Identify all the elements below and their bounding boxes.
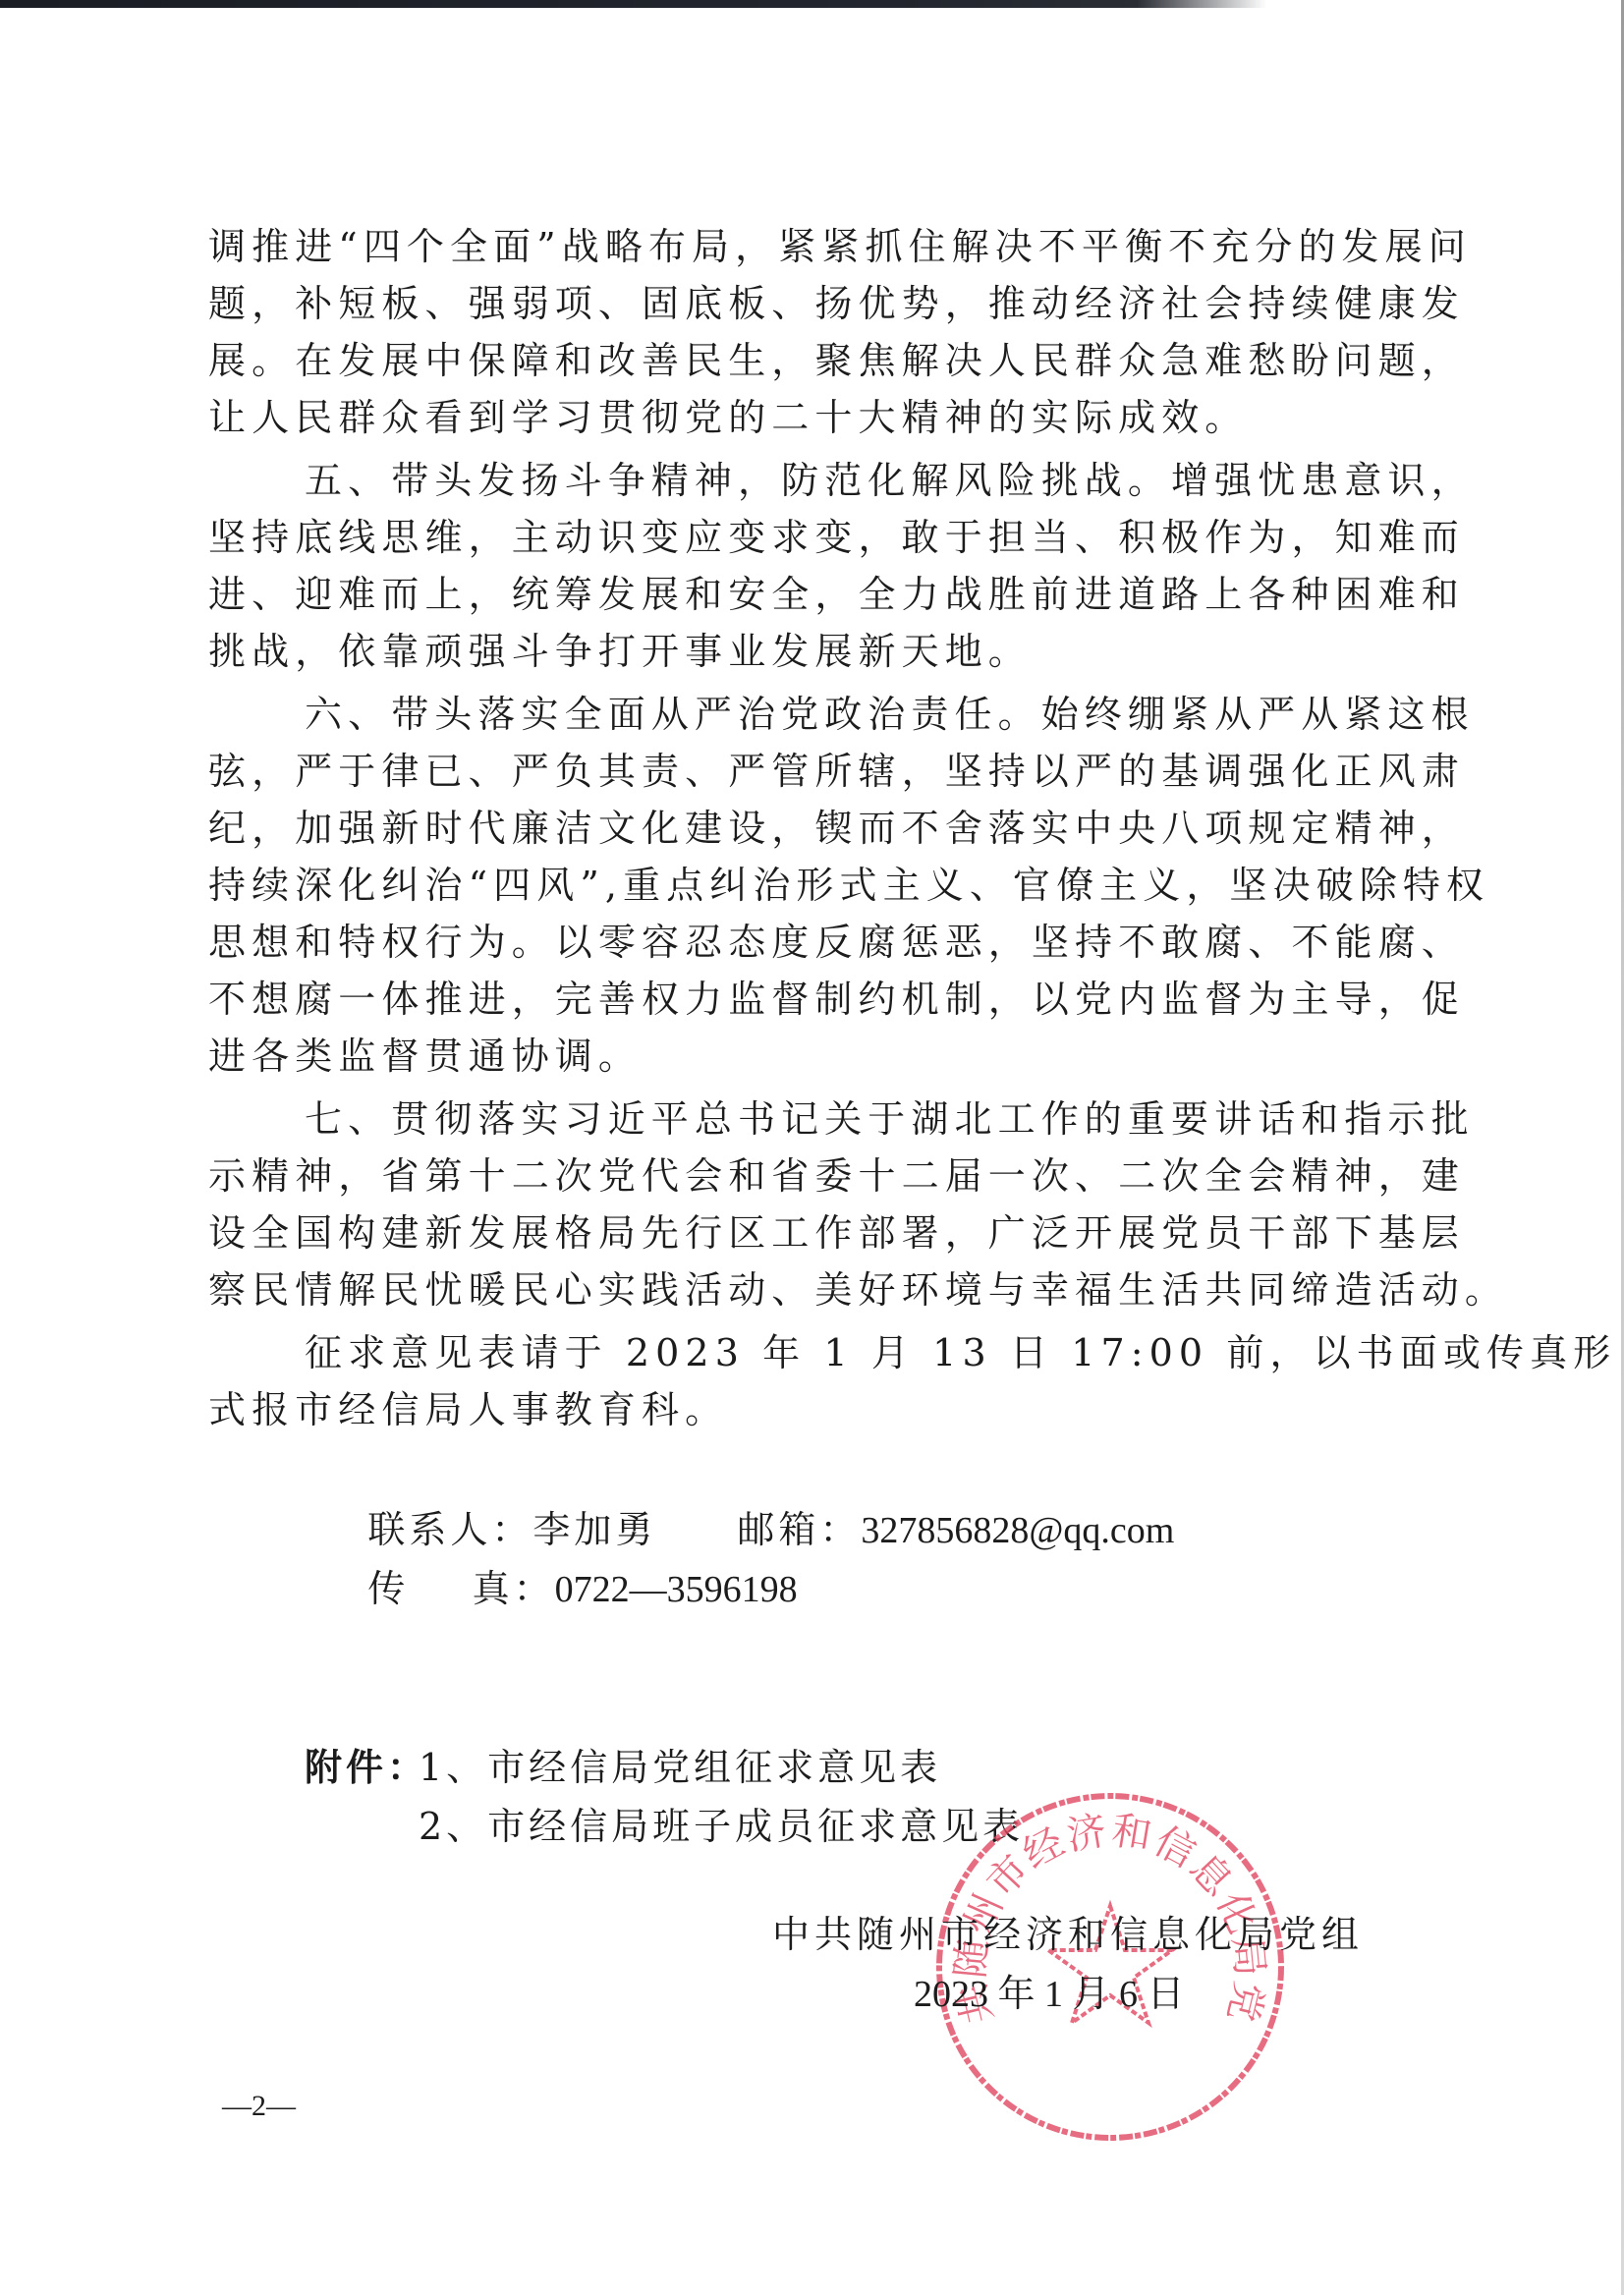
paragraph-line: 七、贯彻落实习近平总书记关于湖北工作的重要讲话和指示批 [305,1091,1419,1147]
paragraph-line: 进各类监督贯通协调。 [208,1028,1419,1085]
paragraph-line: 挑战，依靠顽强斗争打开事业发展新天地。 [208,623,1419,680]
paragraph-line: 察民情解民忧暖民心实践活动、美好环境与幸福生活共同缔造活动。 [208,1261,1419,1318]
paragraph-line: 示精神，省第十二次党代会和省委十二届一次、二次全会精神，建 [208,1147,1419,1204]
paragraph-line: 调推进“四个全面”战略布局，紧紧抓住解决不平衡不充分的发展问 [208,218,1419,275]
document-page: 调推进“四个全面”战略布局，紧紧抓住解决不平衡不充分的发展问题，补短板、强弱项、… [0,0,1624,2295]
paragraph-line: 不想腐一体推进，完善权力监督制约机制，以党内监督为主导，促 [208,971,1419,1028]
signature-date-text: 2023 年 1 月 6 日 [914,1974,1185,2015]
paragraph-line: 进、迎难而上，统筹发展和安全，全力战胜前进道路上各种困难和 [208,566,1419,623]
paragraph-line: 纪，加强新时代廉洁文化建设，锲而不舍落实中央八项规定精神， [208,800,1419,857]
contact-fax: 0722—3596198 [555,1569,798,1610]
paragraph-line: 题，补短板、强弱项、固底板、扬优势，推动经济社会持续健康发 [208,275,1419,332]
paragraph-line: 五、带头发扬斗争精神，防范化解风险挑战。增强忧患意识， [305,452,1419,509]
signature-organization: 中共随州市经济和信息化局党组 [772,1906,1364,1963]
attachments-label: 附件： [305,1739,428,1796]
signature-date: 2023 年 1 月 6 日 [914,1965,1185,2023]
paragraph-line: 六、带头落实全面从严治党政治责任。始终绷紧从严从紧这根 [305,686,1419,743]
contact-email: 327856828@qq.com [861,1510,1174,1551]
attachment-item-1: 1、市经信局党组征求意见表 [419,1739,941,1796]
paragraph-line: 展。在发展中保障和改善民生，聚焦解决人民群众急难愁盼问题， [208,332,1419,389]
paragraph-line: 思想和特权行为。以零容忍态度反腐惩恶，坚持不敢腐、不能腐、 [208,914,1419,971]
paragraph-line: 让人民群众看到学习贯彻党的二十大精神的实际成效。 [208,389,1419,446]
scan-edge-top [0,0,1624,8]
paragraph-line: 持续深化纠治“四风”,重点纠治形式主义、官僚主义，坚决破除特权 [208,857,1419,914]
paragraph-line: 式报市经信局人事教育科。 [208,1381,1419,1438]
contact-fax-label: 传 真： [367,1567,554,1610]
page-number: —2— [222,2087,296,2126]
paragraph-line: 设全国构建新发展格局先行区工作部署，广泛开展党员干部下基层 [208,1204,1419,1261]
paragraph-line: 坚持底线思维，主动识变应变求变，敢于担当、积极作为，知难而 [208,509,1419,566]
paragraph-line: 弦，严于律已、严负其责、严管所辖，坚持以严的基调强化正风肃 [208,743,1419,800]
paragraph-line: 征求意见表请于 2023 年 1 月 13 日 17:00 前，以书面或传真形 [305,1324,1419,1381]
contact-fax-row: 传 真：0722—3596198 [305,1503,798,1675]
